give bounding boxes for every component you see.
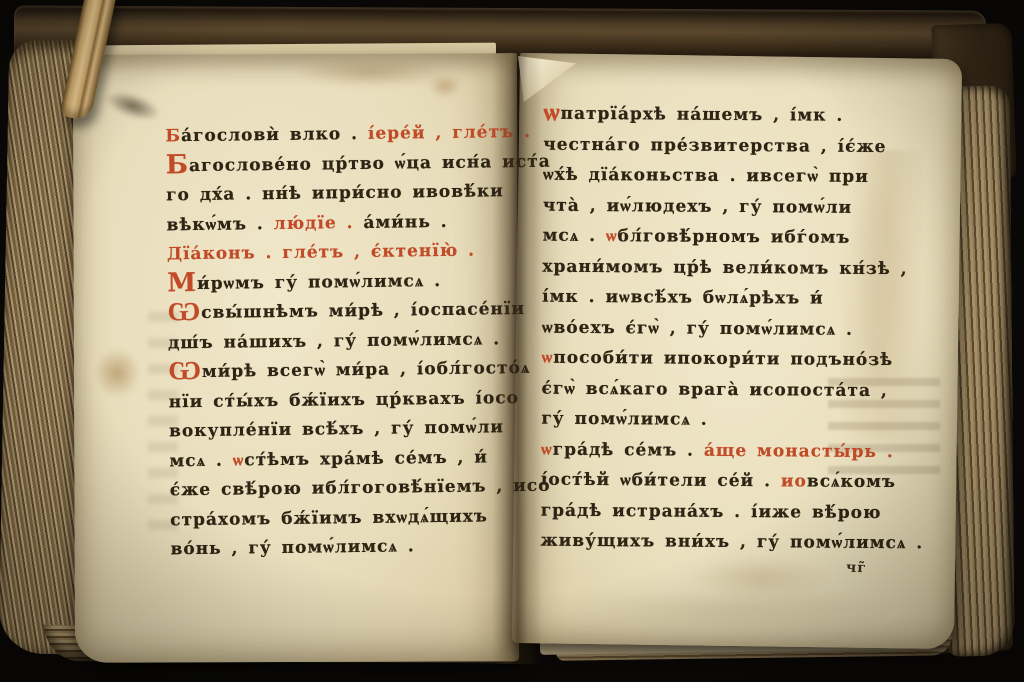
text-line: вѣкѡ́мъ . лю́дїе . а́ми́нь . xyxy=(166,206,551,240)
text-segment: мсѧ . xyxy=(169,450,233,471)
text-segment: є́гѡ̀ всѧ́каго врага̀ исопоста́та , xyxy=(542,378,888,400)
text-segment: пособи́ти ипокори́ти подъно́зѣ xyxy=(553,348,893,370)
text-segment: дш́ъ на́шихъ , гу́ помѡ́лимсѧ . xyxy=(168,329,500,353)
text-line: мсѧ . ѡст́ѣмъ хра́мѣ се́мъ , и́ xyxy=(169,442,554,476)
text-segment: гра́дѣ истрана́хъ . і́иже вѣ́рою xyxy=(541,500,882,522)
text-line: Дїа́конъ . гле́тъ , є́ктенїю̀ . xyxy=(167,236,552,270)
text-line: Ѡсвы́шнѣмъ ми́рѣ , і́оспасе́нїи xyxy=(167,295,552,329)
text-segment: живу́щихъ вни́хъ , гу́ помѡ́лимсѧ . xyxy=(540,531,923,554)
text-segment: вѣкѡ́мъ . xyxy=(166,214,273,235)
text-line: вокупле́нїи всѣ́хъ , гу́ помѡ́ли xyxy=(169,413,554,447)
text-segment: ѡх́ѣ дїа́коньства . ивсегѡ̀ при xyxy=(543,165,869,187)
text-line: ѡх́ѣ дїа́коньства . ивсегѡ̀ при xyxy=(543,160,926,193)
text-segment: Б xyxy=(165,126,181,146)
text-segment: во́нь , гу́ помѡ́лимсѧ . xyxy=(170,536,414,559)
text-line: і́мк . иѡвсѣ́хъ бѡлѧ́рѣхъ и́ xyxy=(542,282,925,315)
text-segment: ѡ xyxy=(542,348,554,368)
text-line: честна́го пре́звитерства , і́є́же xyxy=(543,129,926,162)
text-segment: гу́ помѡ́лимсѧ . xyxy=(541,409,707,430)
text-segment: а́ще монасты́рь . xyxy=(704,440,894,461)
text-segment: є́же свѣ́рою ибл́гоговѣ́нїемъ , исо́ xyxy=(170,476,551,501)
text-segment: а́гословѝ влко . xyxy=(181,124,368,146)
text-line: Багослове́но цр́тво ѡ́ца исн́а ист́а xyxy=(166,147,551,181)
text-segment: ст́ѣмъ хра́мѣ се́мъ , и́ xyxy=(244,447,488,470)
text-line: мсѧ . ѡбл́говѣ́рномъ ибѓомъ xyxy=(543,221,926,254)
text-line: храни́момъ цр́ѣ вели́комъ кн́зѣ , xyxy=(542,251,925,284)
text-segment: ио xyxy=(781,471,807,491)
text-segment: го дх́а . нн́ѣ ипри́сно ивовѣ́ки xyxy=(166,181,504,205)
text-segment: ѡ xyxy=(606,226,618,246)
text-line: ѡво́ехъ є́гѡ̀ , гу́ помѡ́лимсѧ . xyxy=(542,312,925,345)
book-photo: Ба́гословѝ влко . і́ере́й , гле́тъ .Баго… xyxy=(0,0,1024,682)
text-line: чта̀ , иѡ́людехъ , гу́ помѡ́ли xyxy=(543,190,926,223)
text-line: Ѡми́рѣ всегѡ̀ ми́ра , і́обл́госто́ѧ xyxy=(168,354,553,388)
text-segment: а́ми́нь . xyxy=(353,211,447,232)
text-line: є́гѡ̀ всѧ́каго врага̀ исопоста́та , xyxy=(541,373,924,406)
text-line: Ми́рѡмъ гу́ помѡ́лимсѧ . xyxy=(167,265,552,299)
text-segment: лю́дїе . xyxy=(274,213,354,234)
text-segment: агослове́но цр́тво ѡ́ца исн́а ист́а xyxy=(189,151,551,175)
text-segment: чта̀ , иѡ́людехъ , гу́ помѡ́ли xyxy=(543,195,852,217)
text-segment: і́мк . иѡвсѣ́хъ бѡлѧ́рѣхъ и́ xyxy=(542,287,824,309)
text-segment: всѧ́комъ xyxy=(807,472,896,493)
text-line: Ба́гословѝ влко . і́ере́й , гле́тъ . xyxy=(165,118,550,152)
text-segment: Б xyxy=(166,150,190,180)
text-segment: нїи ст́ы́хъ бж́їихъ цр́квахъ і́осо xyxy=(169,388,519,412)
text-segment: честна́го пре́звитерства , і́є́же xyxy=(543,134,886,156)
text-line: гу́ помѡ́лимсѧ . xyxy=(541,404,924,437)
text-segment: бл́говѣ́рномъ ибѓомъ xyxy=(617,226,850,248)
text-segment: мсѧ . xyxy=(543,226,607,246)
text-line: гра́дѣ истрана́хъ . і́иже вѣ́рою xyxy=(541,495,924,528)
text-line: є́же свѣ́рою ибл́гоговѣ́нїемъ , исо́ xyxy=(170,472,555,506)
text-segment: Дїа́конъ . гле́тъ , є́ктенїю̀ . xyxy=(167,241,475,265)
text-segment: ми́рѣ всегѡ̀ ми́ра , і́обл́госто́ѧ xyxy=(202,358,531,382)
text-line: і́ост́ѣй ѡби́тели се́й . иовсѧ́комъ xyxy=(541,465,924,498)
right-page-text: ѡпатрїа́рхѣ на́шемъ , і́мк .честна́го пр… xyxy=(540,99,926,559)
text-line: дш́ъ на́шихъ , гу́ помѡ́лимсѧ . xyxy=(168,324,553,358)
text-segment: ѡ xyxy=(233,450,245,470)
text-line: стра́хомъ бж́їимъ вхѡдѧ́щихъ xyxy=(170,501,555,535)
text-segment: ѡ xyxy=(543,98,560,128)
text-segment: і́ост́ѣй ѡби́тели се́й . xyxy=(541,470,781,492)
page-signature: чг̃ xyxy=(846,560,867,577)
text-line: ѡпособи́ти ипокори́ти подъно́зѣ xyxy=(542,343,925,376)
text-segment: і́ере́й , гле́тъ . xyxy=(368,122,531,144)
text-segment: ѡво́ехъ є́гѡ̀ , гу́ помѡ́лимсѧ . xyxy=(542,317,853,339)
text-segment: и́рѡмъ гу́ помѡ́лимсѧ . xyxy=(197,271,441,294)
text-segment: Ѡ xyxy=(167,297,201,327)
text-segment: свы́шнѣмъ ми́рѣ , і́оспасе́нїи xyxy=(201,299,525,323)
text-line: живу́щихъ вни́хъ , гу́ помѡ́лимсѧ . xyxy=(540,526,923,559)
text-segment: М xyxy=(167,267,197,297)
text-line: ѡгра́дѣ се́мъ . а́ще монасты́рь . xyxy=(541,434,924,467)
text-line: ѡпатрїа́рхѣ на́шемъ , і́мк . xyxy=(543,99,926,132)
text-segment: вокупле́нїи всѣ́хъ , гу́ помѡ́ли xyxy=(169,417,504,441)
text-segment: ѡ xyxy=(541,439,553,459)
text-line: нїи ст́ы́хъ бж́їихъ цр́квахъ і́осо xyxy=(169,383,554,417)
text-segment: Ѡ xyxy=(168,356,202,386)
text-segment: стра́хомъ бж́їимъ вхѡдѧ́щихъ xyxy=(170,506,488,530)
left-page-text: Ба́гословѝ влко . і́ере́й , гле́тъ .Баго… xyxy=(165,118,555,565)
text-line: го дх́а . нн́ѣ ипри́сно ивовѣ́ки xyxy=(166,177,551,211)
text-segment: храни́момъ цр́ѣ вели́комъ кн́зѣ , xyxy=(542,256,907,279)
text-segment: гра́дѣ се́мъ . xyxy=(553,439,704,460)
text-segment: патрїа́рхѣ на́шемъ , і́мк . xyxy=(561,104,844,126)
text-line: во́нь , гу́ помѡ́лимсѧ . xyxy=(170,531,555,565)
